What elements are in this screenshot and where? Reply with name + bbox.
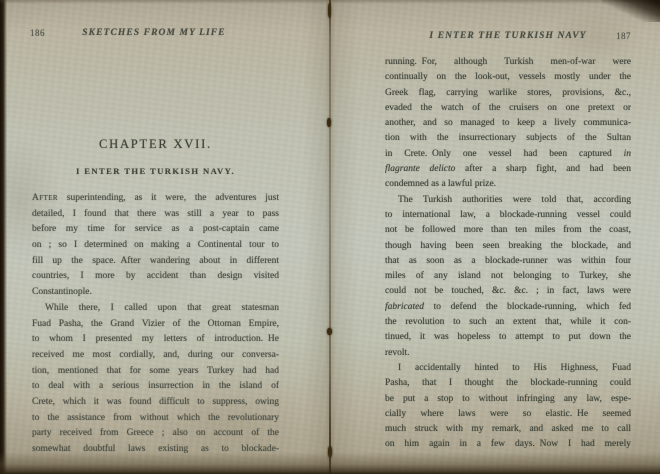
text-line: countries, I more by accident than desig… bbox=[32, 269, 279, 285]
text-line: While there, I called upon that great st… bbox=[32, 301, 279, 317]
text-line: to deal with a serious insurrection in t… bbox=[32, 379, 279, 395]
text-line: Fuad Pasha, the Grand Vizier of the Otto… bbox=[32, 317, 279, 333]
text-line: received me most cordially, and, during … bbox=[32, 348, 279, 364]
text-line: on him again in a few days. Now I had me… bbox=[385, 437, 631, 452]
text-line: that as soon as a blockade-runner was wi… bbox=[385, 254, 631, 269]
text-line: flagrante delicto after a sharp fight, a… bbox=[385, 162, 631, 177]
text-line: much struck with my remark, and asked me… bbox=[385, 422, 631, 437]
text-line: miles of any island not belonging to Tur… bbox=[385, 269, 631, 284]
right-page-body: running. For, although Turkish men-of-wa… bbox=[385, 55, 631, 453]
text-line: After superintending, as it were, the ad… bbox=[32, 191, 279, 207]
text-line: detailed, I found that there was still a… bbox=[32, 207, 279, 223]
text-line: tinued, it was hopeless to attempt to pu… bbox=[385, 330, 631, 345]
text-line: somewhat doubtful laws existing as to bl… bbox=[32, 442, 279, 458]
chapter-heading: CHAPTER XVII. bbox=[32, 137, 279, 152]
text-line: could not be touched, &c. &c. ; in fact,… bbox=[385, 284, 631, 299]
right-page: I ENTER THE TURKISH NAVY 187 running. Fo… bbox=[330, 0, 660, 474]
text-line: condemned as a lawful prize. bbox=[385, 177, 631, 192]
left-running-title: SKETCHES FROM MY LIFE bbox=[30, 28, 278, 38]
left-page-body: After superintending, as it were, the ad… bbox=[32, 191, 279, 458]
left-page: 186 SKETCHES FROM MY LIFE CHAPTER XVII. … bbox=[0, 0, 330, 474]
text-line: cially where laws were so elastic. He se… bbox=[385, 407, 631, 422]
text-line: to whom I presented my letters of introd… bbox=[32, 332, 279, 348]
text-line: revolt. bbox=[385, 346, 631, 361]
text-line: running. For, although Turkish men-of-wa… bbox=[385, 55, 631, 70]
text-line: to the assistance from without which the… bbox=[32, 411, 279, 427]
text-line: I accidentally hinted to His Highness, F… bbox=[385, 361, 631, 376]
right-page-header: I ENTER THE TURKISH NAVY 187 bbox=[385, 31, 631, 45]
text-line: Greek flag, carrying warlike stores, pro… bbox=[385, 86, 631, 101]
text-line: continually on the look-out, vessels mos… bbox=[385, 70, 631, 85]
text-line: be put a stop to without infringing any … bbox=[385, 392, 631, 407]
text-line: evaded the watch of the cruisers on one … bbox=[385, 101, 631, 116]
text-line: in Crete. Only one vessel had been captu… bbox=[385, 147, 631, 162]
text-line: fabricated to defend the blockade-runnin… bbox=[385, 300, 631, 315]
text-line: another, and so managed to keep a lively… bbox=[385, 116, 631, 131]
text-line: tion, mentioned that for some years Turk… bbox=[32, 364, 279, 380]
text-line: The Turkish authorities were told that, … bbox=[385, 193, 631, 208]
right-page-number: 187 bbox=[616, 31, 631, 41]
text-line: though having been seen breaking the blo… bbox=[385, 239, 631, 254]
right-running-title: I ENTER THE TURKISH NAVY bbox=[385, 31, 631, 41]
text-line: on ; so I determined on making a Contine… bbox=[32, 238, 279, 254]
text-line: not be followed more than ten miles from… bbox=[385, 223, 631, 238]
text-line: Constantinople. bbox=[32, 285, 279, 301]
text-line: Crete, which it was found difficult to s… bbox=[32, 395, 279, 411]
text-line: tion with the insurrectionary subjects o… bbox=[385, 131, 631, 146]
text-line: fill up the space. After wandering about… bbox=[32, 254, 279, 270]
text-line: Pasha, that I thought the blockade-runni… bbox=[385, 376, 631, 391]
text-line: to international law, a blockade-running… bbox=[385, 208, 631, 223]
text-line: before my time for service as a post-cap… bbox=[32, 222, 279, 238]
text-line: the revolution to such an extent that, w… bbox=[385, 315, 631, 330]
text-line: party received from Greece ; also on acc… bbox=[32, 426, 279, 442]
chapter-subtitle: I ENTER THE TURKISH NAVY. bbox=[32, 166, 279, 176]
left-page-header: 186 SKETCHES FROM MY LIFE bbox=[30, 28, 278, 42]
book-photo: 186 SKETCHES FROM MY LIFE CHAPTER XVII. … bbox=[0, 0, 660, 474]
